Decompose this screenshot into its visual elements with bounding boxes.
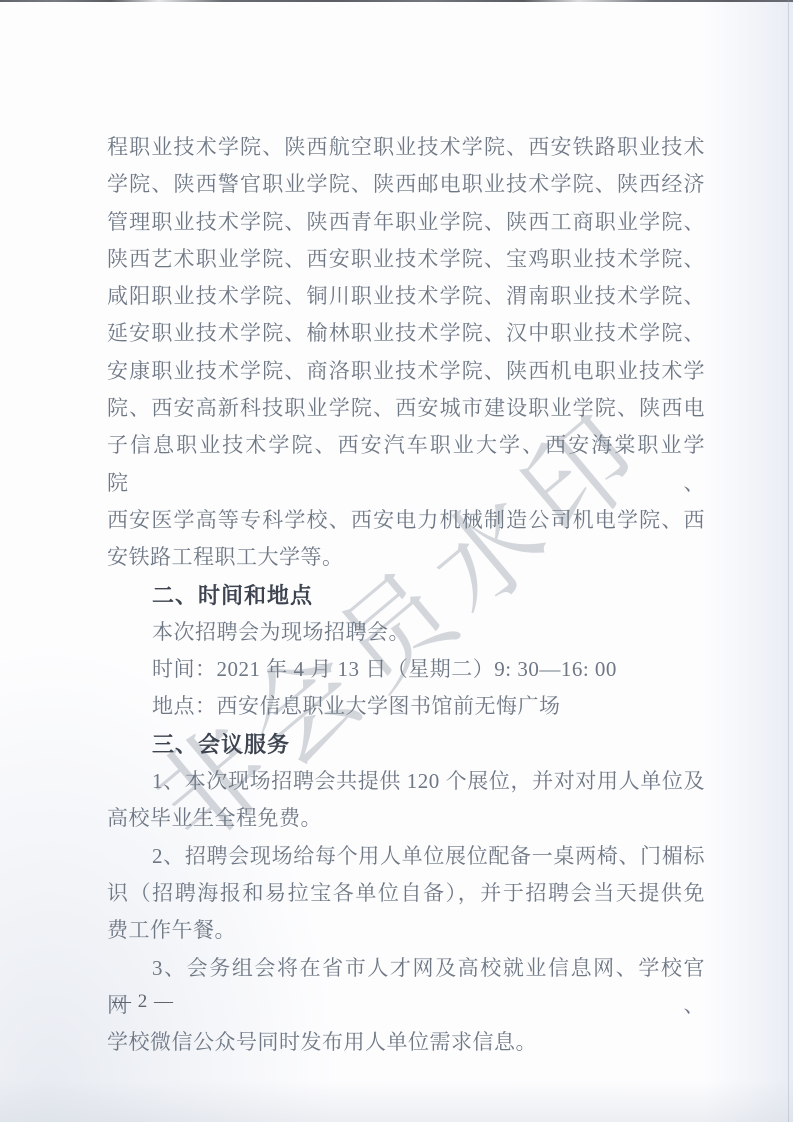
text-line: 本次招聘会为现场招聘会。 (107, 614, 705, 651)
scan-artifact-top-edge (0, 0, 793, 2)
text-line: 子信息职业技术学院、西安汽车职业大学、西安海棠职业学院、 (107, 427, 705, 502)
text-line: 地点：西安信息职业大学图书馆前无悔广场 (107, 688, 705, 725)
text-line: 安康职业技术学院、商洛职业技术学院、陕西机电职业技术学 (107, 353, 705, 390)
scan-tint-right (703, 0, 793, 1122)
text-line: 咸阳职业技术学院、铜川职业技术学院、渭南职业技术学院、 (107, 278, 705, 315)
text-line: 延安职业技术学院、榆林职业技术学院、汉中职业技术学院、 (107, 315, 705, 352)
text-line: 学院、陕西警官职业学院、陕西邮电职业技术学院、陕西经济 (107, 166, 705, 203)
page-number: — 2 — (112, 991, 174, 1013)
text-line: 管理职业技术学院、陕西青年职业学院、陕西工商职业学院、 (107, 204, 705, 241)
text-line: 程职业技术学院、陕西航空职业技术学院、西安铁路职业技术 (107, 129, 705, 166)
scan-tint-bottom (0, 1080, 793, 1122)
text-line: 1、本次现场招聘会共提供 120 个展位，并对对用人单位及 (107, 763, 705, 800)
text-line: 院、西安高新科技职业学院、西安城市建设职业学院、陕西电 (107, 390, 705, 427)
text-line: 费工作午餐。 (107, 912, 705, 949)
document-content: 程职业技术学院、陕西航空职业技术学院、西安铁路职业技术学院、陕西警官职业学院、陕… (107, 129, 705, 1061)
text-line: 西安医学高等专科学校、西安电力机械制造公司机电学院、西 (107, 502, 705, 539)
section-heading: 三、会议服务 (107, 726, 705, 763)
text-line: 安铁路工程职工大学等。 (107, 539, 705, 576)
document-page: 非会员水印 程职业技术学院、陕西航空职业技术学院、西安铁路职业技术学院、陕西警官… (0, 0, 793, 1122)
text-line: 高校毕业生全程免费。 (107, 800, 705, 837)
text-line: 陕西艺术职业学院、西安职业技术学院、宝鸡职业技术学院、 (107, 241, 705, 278)
text-line: 识（招聘海报和易拉宝各单位自备），并于招聘会当天提供免 (107, 875, 705, 912)
scan-artifact-right-edge (788, 0, 789, 1122)
text-line: 3、会务组会将在省市人才网及高校就业信息网、学校官网、 (107, 950, 705, 1025)
section-heading: 二、时间和地点 (107, 577, 705, 614)
text-line: 2、招聘会现场给每个用人单位展位配备一桌两椅、门楣标 (107, 838, 705, 875)
text-line: 时间：2021 年 4 月 13 日（星期二）9: 30—16: 00 (107, 651, 705, 688)
text-line: 学校微信公众号同时发布用人单位需求信息。 (107, 1024, 705, 1061)
